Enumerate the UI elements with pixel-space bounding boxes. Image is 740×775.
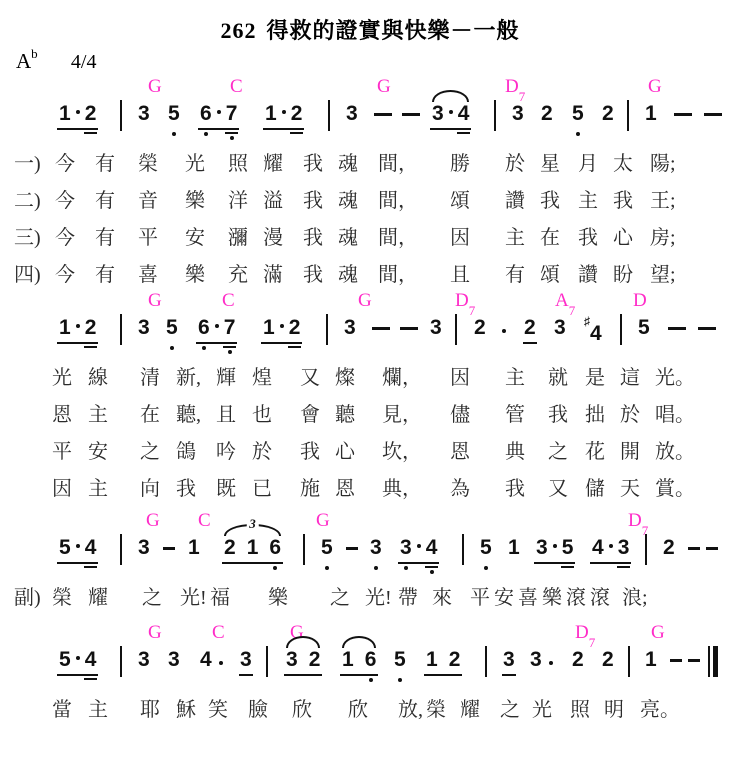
note-number: 4 <box>200 648 212 672</box>
lyric-segment: 就 <box>548 361 568 390</box>
note-number: 1 <box>59 316 71 340</box>
note-group: 2163 <box>222 536 283 564</box>
page-title: 262得救的證實與快樂－一般 <box>0 14 740 45</box>
lyric-segment: 盼 <box>613 258 633 287</box>
lyric-segment: 於 <box>620 398 640 427</box>
note-group-inner: 16 <box>340 648 378 676</box>
hymn-number: 262 <box>220 18 256 43</box>
rhythm-dot <box>280 324 284 328</box>
chord-label: C <box>198 510 211 532</box>
lyric-segment: 恩 <box>450 435 470 464</box>
low-octave-dot <box>374 566 378 570</box>
key-signature: Ab 4/4 <box>16 48 96 74</box>
note-number: 3 <box>554 316 566 340</box>
barline <box>120 646 122 677</box>
lyric-segment: 我 <box>540 184 560 213</box>
note-number: 3 <box>512 102 524 126</box>
lyric-segment: 三) <box>14 221 41 250</box>
lyric-segment: 明 <box>604 693 624 722</box>
chord-label: G <box>316 510 330 532</box>
note-number: 4 <box>426 536 438 560</box>
note-number: 6 <box>365 648 377 672</box>
chord-label: G <box>377 76 391 98</box>
lyric-segment: 輝 <box>216 361 236 390</box>
lyric-segment: 帶 <box>398 581 418 610</box>
lyric-segment: 當 <box>52 693 72 722</box>
lyric-segment: 耀 <box>263 147 283 176</box>
lyric-segment: 今 <box>55 147 75 176</box>
lyric-segment: 欣 <box>292 693 312 722</box>
low-octave-dot <box>369 678 373 682</box>
note-number: 3 <box>430 316 442 340</box>
note-number: 1 <box>188 536 200 560</box>
lyric-segment: 瀰 <box>228 221 248 250</box>
note-number: 3 <box>138 316 150 340</box>
rhythm-dot <box>417 544 421 548</box>
duration-dash <box>674 113 692 116</box>
note-number: 1 <box>645 102 657 126</box>
lyric-segment: 光。 <box>655 361 695 390</box>
note-number: 5 <box>168 102 180 126</box>
lyric-segment: 間， <box>378 221 418 250</box>
lyric-row: 三)今有平安瀰漫我魂間，因主在我心房; <box>0 221 740 258</box>
lyric-segment: 樂 <box>185 184 205 213</box>
lyric-segment: 來 <box>432 581 452 610</box>
barline <box>485 646 487 677</box>
lyric-segment: 既 <box>216 472 236 501</box>
lyric-segment: 這 <box>620 361 640 390</box>
note-underline <box>288 346 302 348</box>
lyric-segment: 月 <box>578 147 598 176</box>
low-octave-dot <box>325 566 329 570</box>
barline <box>120 100 122 131</box>
lyric-segment: 福 <box>210 581 230 610</box>
chord-label: D7 <box>455 290 475 312</box>
note-underline <box>425 566 439 568</box>
lyric-segment: 漫 <box>263 221 283 250</box>
note-group-inner: 32 <box>284 648 322 676</box>
lyric-segment: 且 <box>216 398 236 427</box>
note-number: 3 <box>138 536 150 560</box>
low-octave-dot <box>484 566 488 570</box>
lyric-segment: 在 <box>140 398 160 427</box>
lyric-segment: 又 <box>548 472 568 501</box>
lyric-segment: 之 <box>142 581 162 610</box>
lyric-segment: 吟 <box>216 435 236 464</box>
lyric-segment: 笑 <box>208 693 228 722</box>
note-number: 1 <box>508 536 520 560</box>
lyric-segment: 望; <box>650 258 676 287</box>
duration-dash <box>706 547 718 550</box>
lyric-segment: 煌 <box>252 361 272 390</box>
lyric-segment: 聽 <box>335 398 355 427</box>
note-number: 3 <box>536 536 548 560</box>
flat-accidental: b <box>31 46 38 61</box>
notation-row: 543343321651233221 <box>0 648 740 694</box>
lyric-segment: 放。 <box>655 435 695 464</box>
note-group-inner: 12 <box>57 316 98 344</box>
note-number: 3 <box>138 102 150 126</box>
lyric-segment: 平 <box>138 221 158 250</box>
chord-label: G <box>148 76 162 98</box>
note-underline <box>84 566 98 568</box>
lyric-segment: 為 <box>450 472 470 501</box>
lyric-segment: 花 <box>585 435 605 464</box>
rhythm-dot <box>502 329 506 333</box>
note-group: 12 <box>57 102 98 130</box>
duration-dash <box>688 547 700 550</box>
note-number: ♯4 <box>584 316 602 346</box>
lyric-segment: 魂 <box>338 184 358 213</box>
note-number: 5 <box>562 536 574 560</box>
rhythm-dot <box>449 110 453 114</box>
note-group: 12 <box>424 648 462 676</box>
note-number: 5 <box>480 536 492 560</box>
duration-dash <box>163 547 175 550</box>
barline <box>462 534 464 565</box>
note-underline <box>523 342 537 344</box>
chord-label: C <box>222 290 235 312</box>
lyric-segment: 平 <box>470 581 490 610</box>
note-number: 2 <box>572 648 584 672</box>
lyric-segment: 因 <box>450 221 470 250</box>
lyric-segment: 二) <box>14 184 41 213</box>
lyric-segment: 鴿 <box>176 435 196 464</box>
lyric-segment: 光! <box>180 581 207 610</box>
lyric-segment: 因 <box>52 472 72 501</box>
barline <box>628 646 630 677</box>
lyric-row: 一)今有榮光照耀我魂間，勝於星月太陽; <box>0 147 740 184</box>
lyric-row: 光線清新,輝煌又燦爛，因主就是這光。 <box>0 361 740 398</box>
duration-dash <box>402 113 420 116</box>
note-number: 6 <box>269 536 281 560</box>
lyric-segment: 施 <box>300 472 320 501</box>
chord-label: G <box>148 622 162 644</box>
note-number: 5 <box>572 102 584 126</box>
note-number: 2 <box>289 316 301 340</box>
note-group: 34 <box>398 536 439 564</box>
lyric-segment: 見， <box>382 398 422 427</box>
lyric-segment: 照 <box>570 693 590 722</box>
final-thick-bar <box>713 646 718 677</box>
lyric-segment: 安 <box>494 581 514 610</box>
note-number: 2 <box>224 536 236 560</box>
low-octave-dot <box>404 566 408 570</box>
note-group: 67 <box>198 102 239 130</box>
low-octave-dot <box>230 136 234 140</box>
hymn-sheet-page: 262得救的證實與快樂－一般 Ab 4/4 GCGD7G123567123343… <box>0 0 740 775</box>
lyric-segment: 且 <box>450 258 470 287</box>
note-number: 3 <box>168 648 180 672</box>
rhythm-dot <box>282 110 286 114</box>
lyric-segment: 於 <box>505 147 525 176</box>
duration-dash <box>374 113 392 116</box>
lyric-segment: 今 <box>55 221 75 250</box>
note-number: 5 <box>59 648 71 672</box>
lyric-segment: 恩 <box>335 472 355 501</box>
lyric-segment: 陽; <box>650 147 676 176</box>
lyric-segment: 喜 <box>138 258 158 287</box>
note-underline <box>457 132 471 134</box>
lyric-segment: 天 <box>620 472 640 501</box>
lyric-segment: 洋 <box>228 184 248 213</box>
note-underline <box>84 346 98 348</box>
note-number: 3 <box>432 102 444 126</box>
lyric-segment: 也 <box>252 398 272 427</box>
duration-dash <box>688 659 700 662</box>
low-octave-dot <box>228 350 232 354</box>
lyric-segment: 滾 <box>566 581 586 610</box>
lyric-segment: 我 <box>303 184 323 213</box>
lyric-segment: 讚 <box>578 258 598 287</box>
lyric-segment: 因 <box>450 361 470 390</box>
low-octave-dot <box>172 132 176 136</box>
note-group-inner: 12 <box>261 316 302 344</box>
note-underline <box>223 346 237 348</box>
note-number: 4 <box>85 536 97 560</box>
lyric-segment: 恩 <box>52 398 72 427</box>
note-number: 1 <box>265 102 277 126</box>
sharp-icon: ♯ <box>584 314 590 328</box>
lyric-segment: 王; <box>650 184 676 213</box>
lyric-segment: 典 <box>505 435 525 464</box>
note-number: 3 <box>370 536 382 560</box>
duration-dash <box>698 327 716 330</box>
lyric-segment: 賞。 <box>655 472 695 501</box>
note-underline <box>84 678 98 680</box>
rhythm-dot <box>217 110 221 114</box>
lyric-segment: 有 <box>95 221 115 250</box>
lyric-segment: 四) <box>14 258 41 287</box>
barline <box>266 646 268 677</box>
note-group: 34 <box>430 102 471 130</box>
note-group-inner: 43 <box>590 536 631 564</box>
note-number: 3 <box>346 102 358 126</box>
hymn-title-text: 得救的證實與快樂－一般 <box>266 18 519 43</box>
duration-dash <box>346 547 358 550</box>
note-group: 67 <box>196 316 237 344</box>
note-underline <box>290 132 304 134</box>
barline <box>455 314 457 345</box>
lyric-segment: 清 <box>140 361 160 390</box>
note-group-inner: 216 <box>222 536 283 564</box>
lyric-segment: 儲 <box>585 472 605 501</box>
lyric-segment: 心 <box>335 435 355 464</box>
lyric-segment: 魂 <box>338 221 358 250</box>
note-underline <box>225 132 239 134</box>
lyric-segment: 今 <box>55 258 75 287</box>
lyric-segment: 樂 <box>185 258 205 287</box>
note-group: 43 <box>590 536 631 564</box>
lyric-segment: 之 <box>140 435 160 464</box>
lyric-segment: 勝 <box>450 147 470 176</box>
lyric-segment: 頌 <box>450 184 470 213</box>
chord-label: D7 <box>628 510 648 532</box>
lyric-segment: 儘 <box>450 398 470 427</box>
lyric-segment: 太 <box>613 147 633 176</box>
note-group: 12 <box>57 316 98 344</box>
lyric-segment: 主 <box>88 398 108 427</box>
note-number: 2 <box>541 102 553 126</box>
note-number: 3 <box>240 648 252 672</box>
low-octave-dot <box>576 132 580 136</box>
note-group: 16 <box>340 648 378 676</box>
lyric-segment: 之 <box>330 581 350 610</box>
low-octave-dot <box>273 566 277 570</box>
note-underline <box>617 566 631 568</box>
lyric-segment: 拙 <box>585 398 605 427</box>
note-group: 32 <box>284 648 322 676</box>
lyric-segment: 魂 <box>338 258 358 287</box>
lyric-segment: 我 <box>303 221 323 250</box>
duration-dash <box>670 659 682 662</box>
lyric-segment: 向 <box>140 472 160 501</box>
chord-label: G <box>358 290 372 312</box>
low-octave-dot <box>398 678 402 682</box>
lyric-segment: 穌 <box>176 693 196 722</box>
lyric-segment: 喜 <box>518 581 538 610</box>
chord-label: G <box>648 76 662 98</box>
note-group-inner: 12 <box>57 102 98 130</box>
note-number: 2 <box>291 102 303 126</box>
lyric-segment: 主 <box>505 221 525 250</box>
duration-dash <box>704 113 722 116</box>
note-number: 1 <box>645 648 657 672</box>
barline <box>328 100 330 131</box>
lyric-segment: 魂 <box>338 147 358 176</box>
lyric-segment: 一) <box>14 147 41 176</box>
lyric-segment: 房; <box>650 221 676 250</box>
note-number: 5 <box>59 536 71 560</box>
note-group: 35 <box>534 536 575 564</box>
note-number: 5 <box>321 536 333 560</box>
key-letter: A <box>16 49 31 73</box>
lyric-segment: 頌 <box>540 258 560 287</box>
lyric-segment: 滿 <box>263 258 283 287</box>
lyric-segment: 安 <box>185 221 205 250</box>
note-number: 2 <box>309 648 321 672</box>
lyric-segment: 我 <box>303 258 323 287</box>
note-group-inner: 54 <box>57 536 98 564</box>
lyric-segment: 開 <box>620 435 640 464</box>
note-group-inner: 67 <box>196 316 237 344</box>
note-number: 1 <box>342 648 354 672</box>
note-group: 54 <box>57 536 98 564</box>
note-number: 2 <box>449 648 461 672</box>
note-number: 2 <box>85 102 97 126</box>
note-group-inner: 34 <box>398 536 439 564</box>
note-group-inner: 54 <box>57 648 98 676</box>
lyric-segment: 聽, <box>176 398 201 427</box>
lyric-segment: 音 <box>138 184 158 213</box>
note-number: 3 <box>286 648 298 672</box>
barline <box>120 534 122 565</box>
lyric-segment: 於 <box>252 435 272 464</box>
rhythm-dot <box>549 661 553 665</box>
lyric-segment: 心 <box>613 221 633 250</box>
lyric-segment: 我 <box>300 435 320 464</box>
barline <box>620 314 622 345</box>
lyric-segment: 我 <box>548 398 568 427</box>
lyric-segment: 之 <box>548 435 568 464</box>
barline <box>303 534 305 565</box>
note-number: 3 <box>344 316 356 340</box>
lyric-segment: 耀 <box>88 581 108 610</box>
note-group-inner: 34 <box>430 102 471 130</box>
note-number: 4 <box>458 102 470 126</box>
chord-label: D7 <box>505 76 525 98</box>
lyric-row: 當主耶穌笑臉欣欣放,榮耀之光照明亮。 <box>0 693 740 730</box>
lyric-segment: 新, <box>176 361 201 390</box>
rhythm-dot <box>76 324 80 328</box>
duration-dash <box>400 327 418 330</box>
lyric-segment: 照 <box>228 147 248 176</box>
lyric-segment: 管 <box>505 398 525 427</box>
lyric-segment: 主 <box>88 472 108 501</box>
notation-row: 5431216353345135432 <box>0 536 740 582</box>
note-underline <box>561 566 575 568</box>
note-group-inner: 12 <box>263 102 304 130</box>
note-group-inner: 12 <box>424 648 462 676</box>
lyric-segment: 星 <box>540 147 560 176</box>
chord-label: G <box>146 510 160 532</box>
note-underline <box>84 132 98 134</box>
note-number: 2 <box>85 316 97 340</box>
note-group: 12 <box>261 316 302 344</box>
lyric-segment: 主 <box>505 361 525 390</box>
note-number: 1 <box>263 316 275 340</box>
lyric-segment: 我 <box>613 184 633 213</box>
lyric-segment: 亮。 <box>640 693 680 722</box>
lyric-segment: 安 <box>88 435 108 464</box>
note-number: 7 <box>224 316 236 340</box>
note-group: 54 <box>57 648 98 676</box>
lyric-segment: 我 <box>505 472 525 501</box>
lyric-segment: 榮 <box>52 581 72 610</box>
note-number: 5 <box>394 648 406 672</box>
note-number: 3 <box>400 536 412 560</box>
slur-arc <box>432 90 469 102</box>
note-number: 3 <box>618 536 630 560</box>
lyric-segment: 我 <box>578 221 598 250</box>
lyric-row: 二)今有音樂洋溢我魂間，頌讚我主我王; <box>0 184 740 221</box>
note-number: 2 <box>602 102 614 126</box>
lyric-segment: 間， <box>378 258 418 287</box>
note-number: 3 <box>530 648 542 672</box>
lyric-segment: 唱。 <box>655 398 695 427</box>
low-octave-dot <box>204 132 208 136</box>
lyric-segment: 讚 <box>505 184 525 213</box>
note-group: 12 <box>263 102 304 130</box>
slur-arc <box>342 636 376 648</box>
lyric-segment: 欣 <box>348 693 368 722</box>
low-octave-dot <box>170 346 174 350</box>
lyric-segment: 已 <box>252 472 272 501</box>
lyric-row: 平安之鴿吟於我心坎，恩典之花開放。 <box>0 435 740 472</box>
chord-label: C <box>230 76 243 98</box>
note-number: 4 <box>592 536 604 560</box>
lyric-segment: 之 <box>500 693 520 722</box>
lyric-segment: 光 <box>52 361 72 390</box>
rhythm-dot <box>76 544 80 548</box>
tuplet-number: 3 <box>246 517 259 530</box>
lyric-segment: 在 <box>540 221 560 250</box>
barline <box>645 534 647 565</box>
lyric-segment: 有 <box>95 258 115 287</box>
note-number: 1 <box>247 536 259 560</box>
lyric-segment: 我 <box>176 472 196 501</box>
lyric-segment: 溢 <box>263 184 283 213</box>
